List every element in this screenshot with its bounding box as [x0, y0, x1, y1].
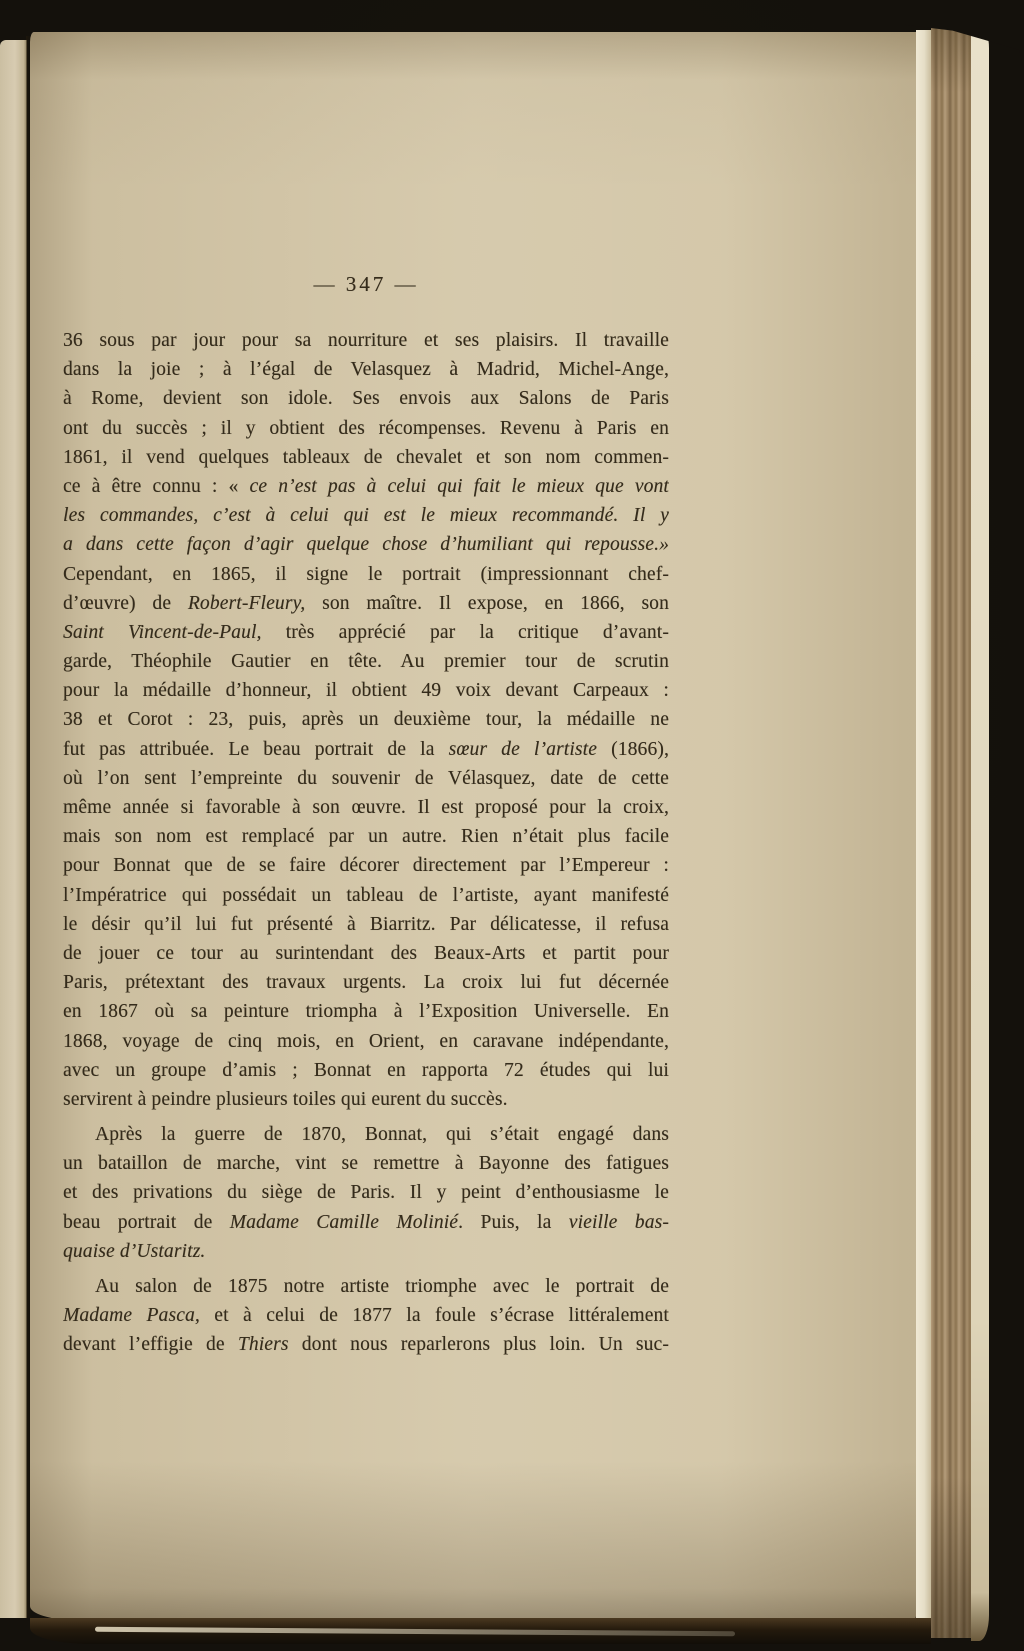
text-line: les commandes, c’est à celui qui est le …	[63, 501, 669, 530]
text-run: ce à être connu : «	[63, 476, 250, 497]
text-line: 38 et Corot : 23, puis, après un deuxièm…	[63, 705, 669, 734]
previous-page-edge	[0, 40, 27, 1618]
text-line: Après la guerre de 1870, Bonnat, qui s’é…	[63, 1120, 669, 1149]
text-line: pour Bonnat que de se faire décorer dire…	[63, 851, 669, 880]
text-run: un bataillon de marche, vint se remettre…	[63, 1153, 669, 1174]
text-run: Après la guerre de 1870, Bonnat, qui s’é…	[95, 1124, 669, 1145]
text-run: pour Bonnat que de se faire décorer dire…	[63, 855, 669, 876]
text-run: Au salon de 1875 notre artiste triomphe …	[95, 1276, 669, 1297]
italic-text-run: Robert-Fleury,	[188, 593, 305, 614]
text-run: 38 et Corot : 23, puis, après un deuxièm…	[63, 709, 669, 730]
italic-text-run: Thiers	[238, 1334, 289, 1355]
italic-text-run: les commandes, c’est à celui qui est le …	[63, 505, 669, 526]
text-line: avec un groupe d’amis ; Bonnat en rappor…	[63, 1056, 669, 1085]
text-line: fut pas attribuée. Le beau portrait de l…	[63, 735, 669, 764]
text-run: ont du succès ; il y obtient des récompe…	[63, 418, 669, 439]
text-line: l’Impératrice qui possédait un tableau d…	[63, 881, 669, 910]
italic-text-run: ce n’est pas à celui qui fait le mieux q…	[250, 476, 669, 497]
text-line: en 1867 où sa peinture triompha à l’Expo…	[63, 997, 669, 1026]
text-line: devant l’effigie de Thiers dont nous rep…	[63, 1330, 669, 1359]
text-run: Paris, prétextant des travaux urgents. L…	[63, 972, 669, 993]
text-run: servirent à peindre plusieurs toiles qui…	[63, 1089, 508, 1110]
text-line: à Rome, devient son idole. Ses envois au…	[63, 384, 669, 413]
text-run: (1866),	[597, 739, 669, 760]
text-run: de jouer ce tour au surintendant des Bea…	[63, 943, 669, 964]
text-line: garde, Théophile Gautier en tête. Au pre…	[63, 647, 669, 676]
text-run: avec un groupe d’amis ; Bonnat en rappor…	[63, 1060, 669, 1081]
paragraph: Après la guerre de 1870, Bonnat, qui s’é…	[63, 1120, 669, 1266]
text-run: pour la médaille d’honneur, il obtient 4…	[63, 680, 669, 701]
text-run: et à celui de 1877 la foule s’écrase lit…	[200, 1305, 669, 1326]
text-run: son maître. Il expose, en 1866, son	[305, 593, 669, 614]
text-line: d’œuvre) de Robert-Fleury, son maître. I…	[63, 589, 669, 618]
text-line: Paris, prétextant des travaux urgents. L…	[63, 968, 669, 997]
text-line: 36 sous par jour pour sa nourriture et s…	[63, 326, 669, 355]
text-line: ont du succès ; il y obtient des récompe…	[63, 414, 669, 443]
text-line: 1868, voyage de cinq mois, en Orient, en…	[63, 1027, 669, 1056]
paragraph: Au salon de 1875 notre artiste triomphe …	[63, 1272, 669, 1360]
book-outer-edge	[971, 26, 989, 1641]
italic-text-run: quaise d’Ustaritz.	[63, 1241, 205, 1262]
text-line: Au salon de 1875 notre artiste triomphe …	[63, 1272, 669, 1301]
text-run: à Rome, devient son idole. Ses envois au…	[63, 388, 669, 409]
page-text: 36 sous par jour pour sa nourriture et s…	[63, 326, 669, 1360]
text-run: dont nous reparlerons plus loin. Un suc-	[289, 1334, 669, 1355]
text-run: le désir qu’il lui fut présenté à Biarri…	[63, 914, 669, 935]
text-run: mais son nom est remplacé par un autre. …	[63, 826, 669, 847]
text-run: beau portrait de	[63, 1212, 230, 1233]
text-line: même année si favorable à son œuvre. Il …	[63, 793, 669, 822]
text-line: pour la médaille d’honneur, il obtient 4…	[63, 676, 669, 705]
text-run: l’Impératrice qui possédait un tableau d…	[63, 885, 669, 906]
text-run: 36 sous par jour pour sa nourriture et s…	[63, 330, 669, 351]
stacked-page-edges	[931, 28, 971, 1638]
page-fore-edge-highlight	[916, 30, 931, 1628]
text-line: mais son nom est remplacé par un autre. …	[63, 822, 669, 851]
text-run: garde, Théophile Gautier en tête. Au pre…	[63, 651, 669, 672]
text-run: où l’on sent l’empreinte du souvenir de …	[63, 768, 669, 789]
text-run: . Puis, la	[458, 1212, 569, 1233]
text-run: en 1867 où sa peinture triompha à l’Expo…	[63, 1001, 669, 1022]
page-number: — 347 —	[63, 272, 669, 296]
text-line: de jouer ce tour au surintendant des Bea…	[63, 939, 669, 968]
text-run: même année si favorable à son œuvre. Il …	[63, 797, 669, 818]
text-run: très apprécié par la critique d’avant-	[262, 622, 669, 643]
text-line: quaise d’Ustaritz.	[63, 1237, 669, 1266]
italic-text-run: Madame Camille Molinié	[230, 1212, 458, 1233]
text-run: dans la joie ; à l’égal de Velasquez à M…	[63, 359, 669, 380]
text-run: devant l’effigie de	[63, 1334, 238, 1355]
text-run: d’œuvre) de	[63, 593, 188, 614]
text-line: Cependant, en 1865, il signe le portrait…	[63, 560, 669, 589]
text-run: 1861, il vend quelques tableaux de cheva…	[63, 447, 669, 468]
text-line: a dans cette façon d’agir quelque chose …	[63, 530, 669, 559]
text-line: un bataillon de marche, vint se remettre…	[63, 1149, 669, 1178]
text-run: Cependant, en 1865, il signe le portrait…	[63, 564, 669, 585]
text-run: 1868, voyage de cinq mois, en Orient, en…	[63, 1031, 669, 1052]
text-line: 1861, il vend quelques tableaux de cheva…	[63, 443, 669, 472]
paragraph: 36 sous par jour pour sa nourriture et s…	[63, 326, 669, 1114]
text-run: et des privations du siège de Paris. Il …	[63, 1182, 669, 1203]
text-line: où l’on sent l’empreinte du souvenir de …	[63, 764, 669, 793]
page-text-block: — 347 — 36 sous par jour pour sa nourrit…	[63, 272, 669, 1360]
italic-text-run: Saint Vincent-de-Paul,	[63, 622, 262, 643]
italic-text-run: vieille bas-	[569, 1212, 669, 1233]
italic-text-run: sœur de l’artiste	[449, 739, 597, 760]
text-run: fut pas attribuée. Le beau portrait de l…	[63, 739, 449, 760]
text-line: Saint Vincent-de-Paul, très apprécié par…	[63, 618, 669, 647]
text-line: beau portrait de Madame Camille Molinié.…	[63, 1208, 669, 1237]
text-line: dans la joie ; à l’égal de Velasquez à M…	[63, 355, 669, 384]
text-line: Madame Pasca, et à celui de 1877 la foul…	[63, 1301, 669, 1330]
text-line: le désir qu’il lui fut présenté à Biarri…	[63, 910, 669, 939]
italic-text-run: Madame Pasca,	[63, 1305, 200, 1326]
italic-text-run: a dans cette façon d’agir quelque chose …	[63, 534, 669, 555]
text-line: servirent à peindre plusieurs toiles qui…	[63, 1085, 669, 1114]
text-line: et des privations du siège de Paris. Il …	[63, 1178, 669, 1207]
text-line: ce à être connu : « ce n’est pas à celui…	[63, 472, 669, 501]
